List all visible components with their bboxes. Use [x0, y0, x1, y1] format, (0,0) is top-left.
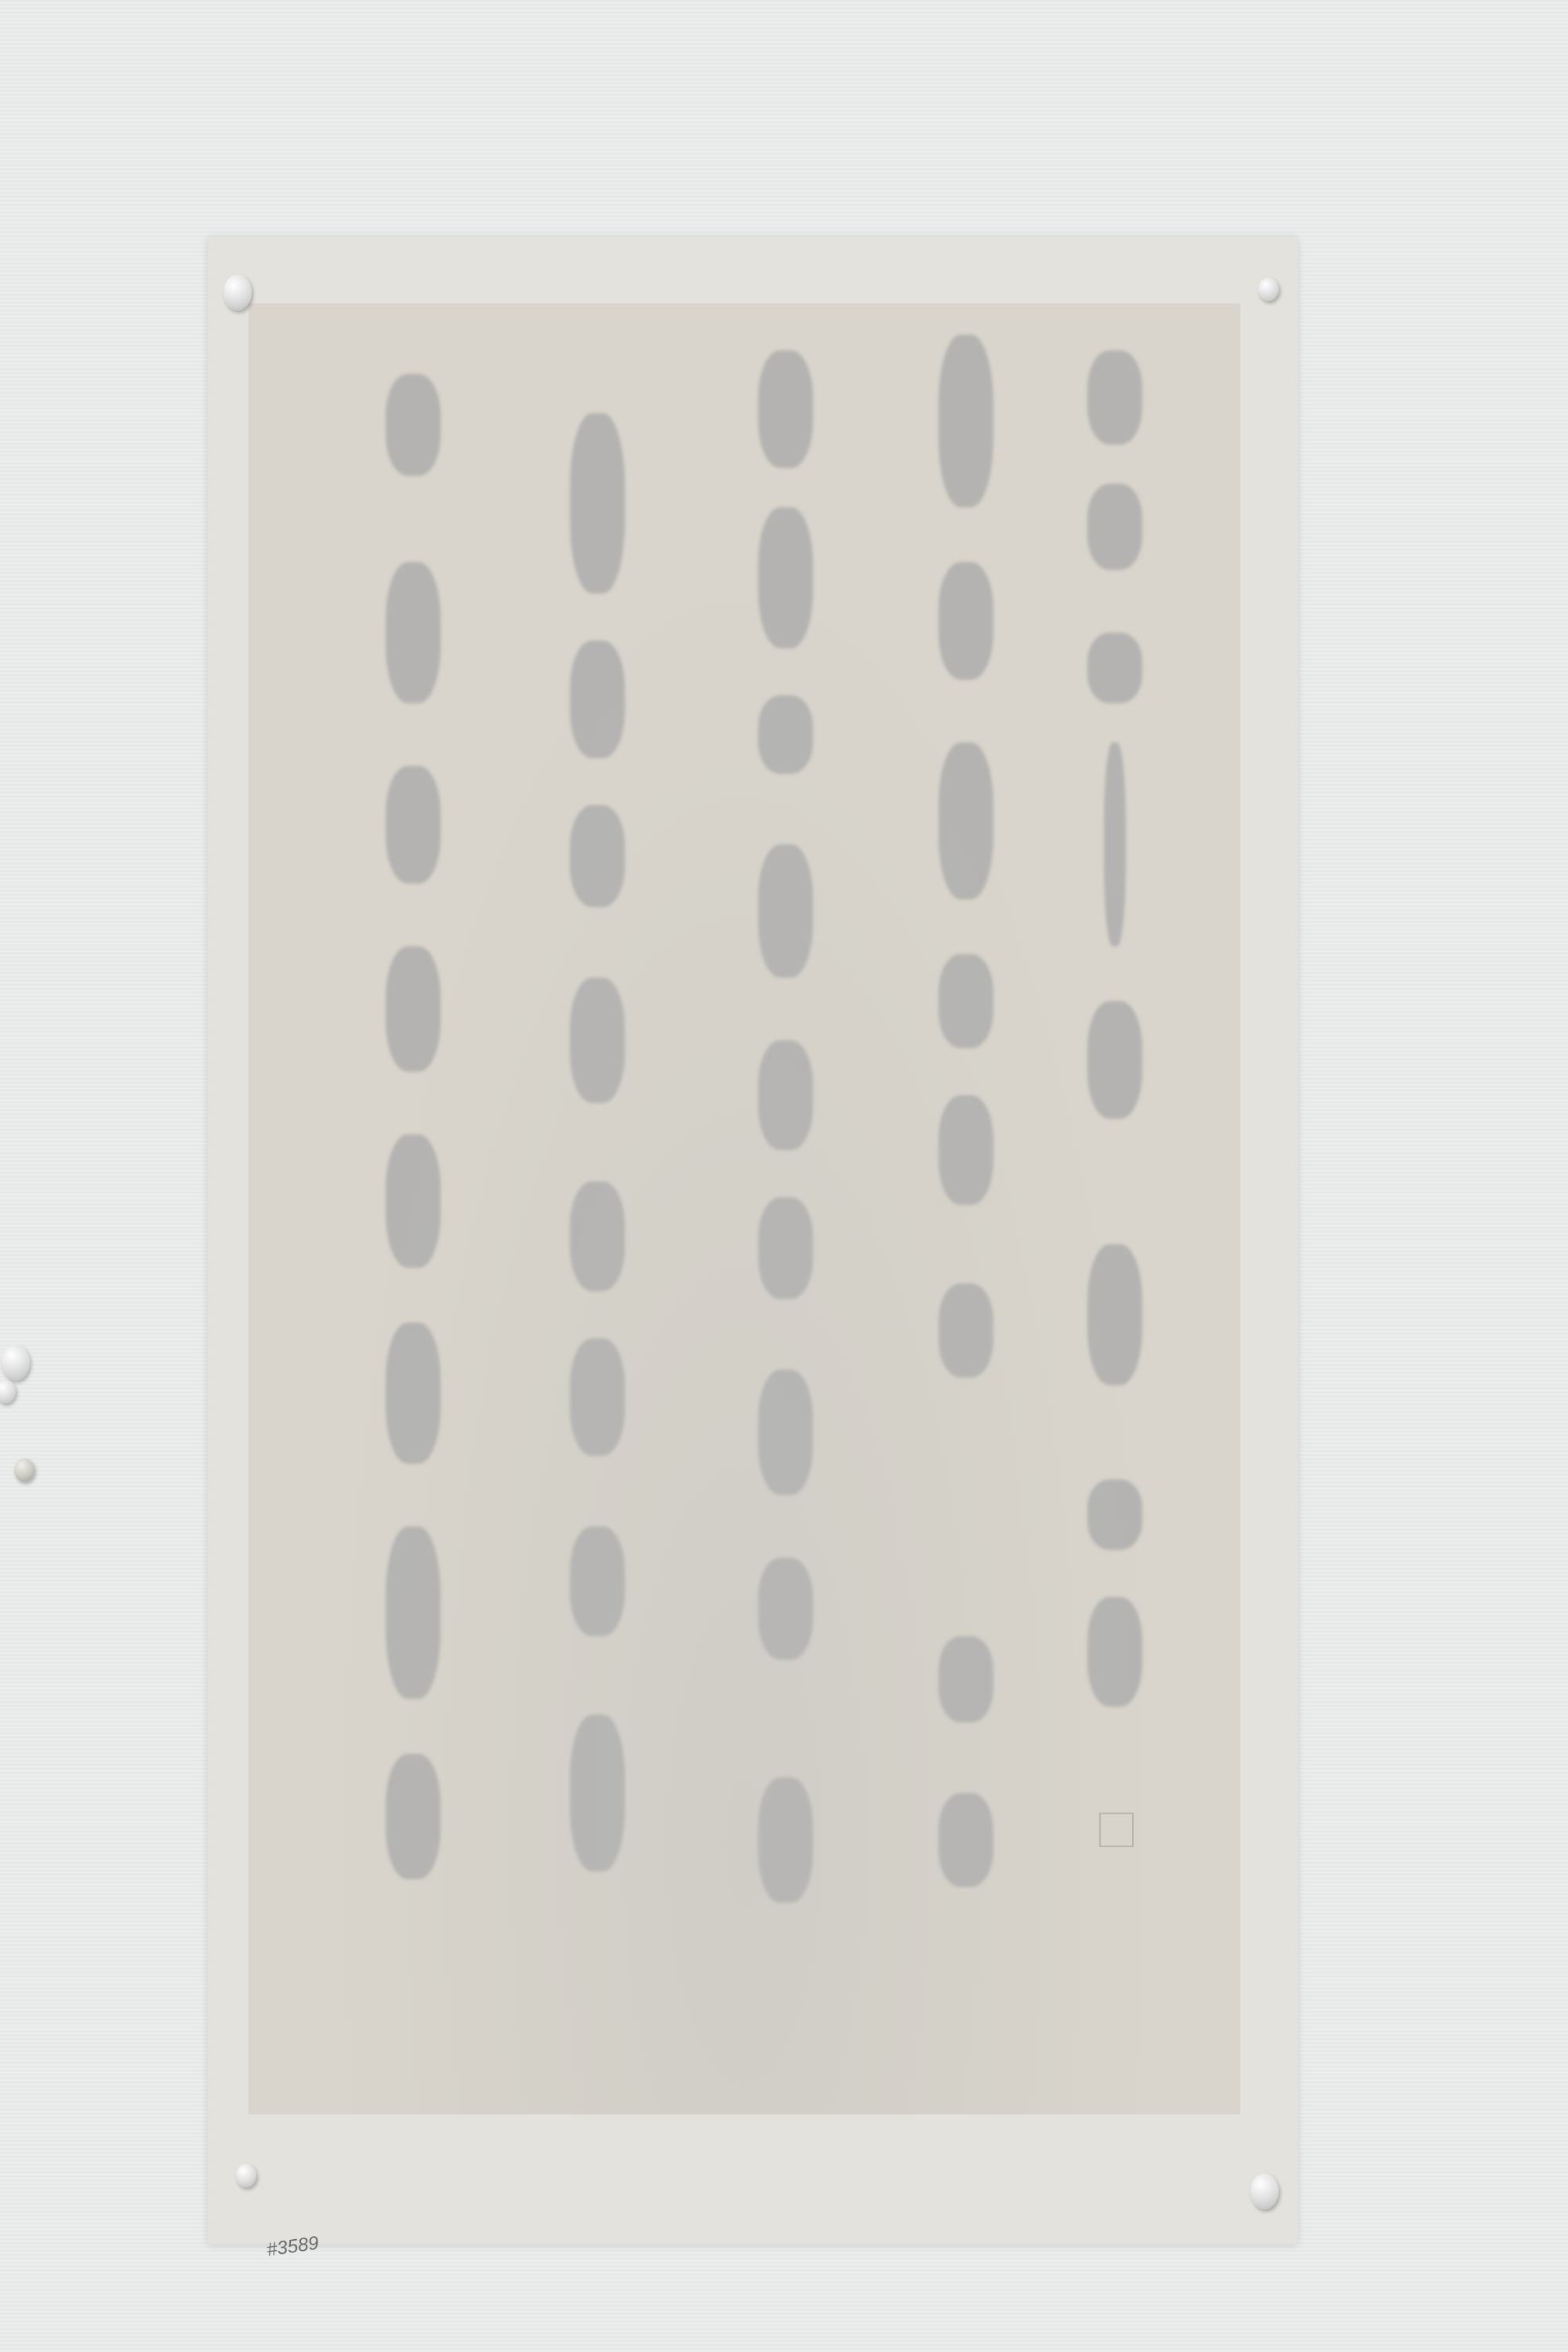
- calligraphy-column-4: [570, 303, 625, 2114]
- scroll-pin-top-right: [1258, 278, 1279, 301]
- calligraphy-column-1: [1087, 303, 1142, 2114]
- wall-pin-1: [2, 1345, 30, 1381]
- calligraphy-column-2: [938, 303, 993, 2114]
- seal-stamp: [1099, 1813, 1134, 1847]
- calligraphy-column-3: [758, 303, 813, 2114]
- scroll-pin-top-left: [223, 274, 252, 310]
- scroll-back: [208, 237, 1298, 2244]
- scroll-pin-bottom-left: [236, 2164, 256, 2187]
- wall-pin-3: [14, 1458, 34, 1482]
- calligraphy-panel: [249, 303, 1240, 2114]
- calligraphy-column-5: [386, 303, 441, 2114]
- scroll-pin-bottom-right: [1250, 2173, 1279, 2209]
